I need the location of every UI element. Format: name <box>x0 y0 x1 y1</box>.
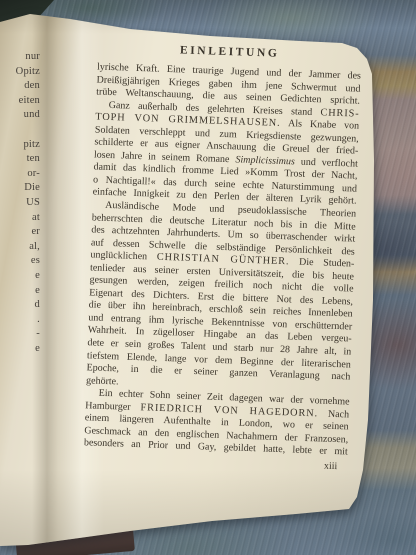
body-text: lyrische Kraft. Eine traurige Jugend und… <box>84 61 361 459</box>
smallcaps-name-segment: CHRIS- <box>320 107 360 119</box>
left-page-line-fragment: den <box>0 79 40 94</box>
text-segment: gehörte. <box>86 375 119 387</box>
book-pages: nurOpitzdeneitenundpitztenor-DieUSateral… <box>0 0 416 555</box>
left-page-line-fragment: al, <box>0 240 40 255</box>
left-page-line-fragment: ten <box>0 152 40 167</box>
right-page-text: EINLEITUNG lyrische Kraft. Eine traurige… <box>83 40 362 472</box>
left-page-line-fragment: eiten <box>0 94 40 109</box>
left-page-line-fragment: und <box>0 108 40 123</box>
left-page-line-fragment: d <box>0 298 40 313</box>
left-page-line-fragment: er <box>0 225 40 240</box>
page-heading: EINLEITUNG <box>97 40 361 63</box>
left-page-line-fragment: nur <box>0 50 40 65</box>
left-page-line-fragment: or- <box>0 167 40 182</box>
open-book: nurOpitzdeneitenundpitztenor-DieUSateral… <box>0 0 416 555</box>
book-photo: nurOpitzdeneitenundpitztenor-DieUSateral… <box>0 0 416 555</box>
left-page-line-fragment: - <box>0 327 40 342</box>
text-segment: Hamburger <box>85 400 141 413</box>
text-segment: unglücklichen <box>90 250 157 263</box>
text-segment: und verflocht <box>295 156 358 169</box>
left-page-line-fragment: pitz <box>0 138 40 153</box>
left-page-line-fragment: Opitz <box>0 65 40 80</box>
left-page-paragraph-gap <box>0 123 40 138</box>
left-page-line-fragment: es <box>0 254 40 269</box>
text-segment: Die Studen- <box>289 257 354 270</box>
left-page-line-fragment: e <box>0 284 40 299</box>
left-page-line-fragment: US <box>0 196 40 211</box>
left-page-fragments: nurOpitzdeneitenundpitztenor-DieUSateral… <box>0 50 40 356</box>
left-page-line-fragment: e <box>0 342 40 357</box>
left-page-line-fragment: e <box>0 269 40 284</box>
left-page-line-fragment: . <box>0 313 40 328</box>
italic-text-segment: Simplicissimus <box>235 154 295 167</box>
text-segment: Nach <box>318 408 349 420</box>
left-page-line-fragment: Die <box>0 181 40 196</box>
text-segment: Als Knabe von <box>280 118 359 132</box>
left-page-line-fragment: at <box>0 211 40 226</box>
